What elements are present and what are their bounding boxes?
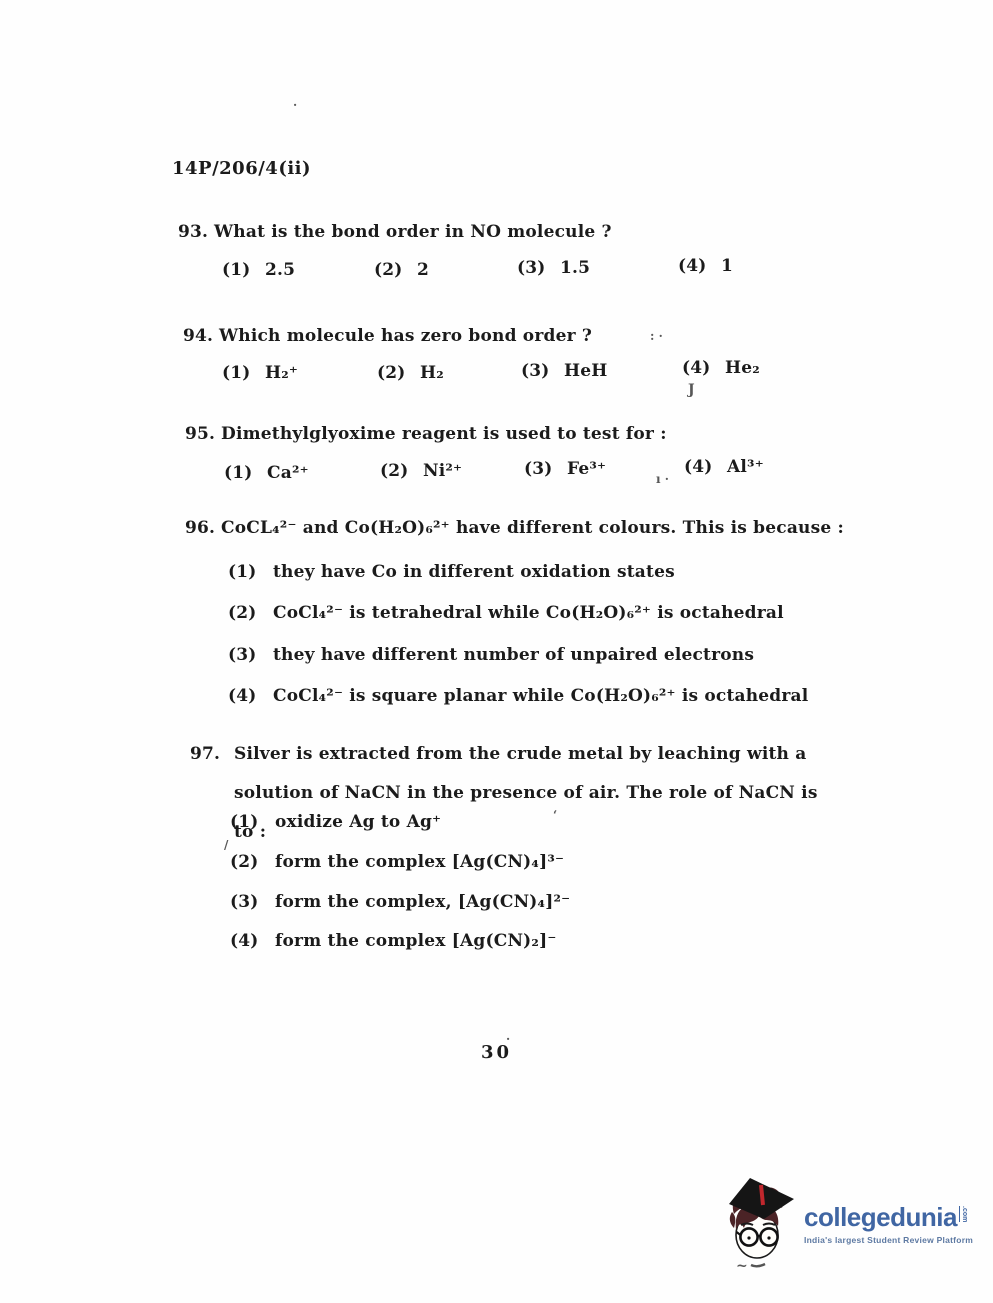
option-value: CoCl₄²⁻ is square planar while Co(H₂O)₆²… [273, 686, 808, 706]
option-value: CoCl₄²⁻ is tetrahedral while Co(H₂O)₆²⁺ … [273, 603, 784, 623]
option-label: (4) [682, 358, 712, 378]
option-97-2: (2)form the complex [Ag(CN)₄]³⁻ [230, 852, 564, 872]
scan-artifact: / [224, 838, 228, 852]
question-94: 94.Which molecule has zero bond order ? [183, 326, 592, 346]
option-label: (2) [380, 461, 410, 481]
collegedunia-mascot-icon [724, 1178, 798, 1272]
option-value: 2.5 [265, 260, 295, 280]
option-label: (3) [517, 258, 547, 278]
option-label: (4) [678, 256, 708, 276]
option-value: form the complex [Ag(CN)₄]³⁻ [275, 852, 564, 872]
question-93: 93.What is the bond order in NO molecule… [178, 222, 612, 242]
option-96-1: (1)they have Co in different oxidation s… [228, 562, 675, 582]
option-value: 1 [721, 256, 733, 276]
option-93-4: (4)1 [678, 256, 733, 276]
option-value: Al³⁺ [727, 457, 764, 477]
question-text: What is the bond order in NO molecule ? [214, 222, 612, 242]
option-label: (1) [222, 363, 252, 383]
question-97: 97. Silver is extracted from the crude m… [190, 735, 840, 852]
option-label: (3) [524, 459, 554, 479]
logo-text: collegedunia .com India's largest Studen… [804, 1178, 973, 1245]
option-label: (2) [377, 363, 407, 383]
question-text: Silver is extracted from the crude metal… [190, 735, 840, 852]
option-93-2: (2)2 [374, 260, 429, 280]
option-96-2: (2)CoCl₄²⁻ is tetrahedral while Co(H₂O)₆… [228, 603, 784, 623]
option-value: they have Co in different oxidation stat… [273, 562, 675, 582]
option-value: form the complex, [Ag(CN)₄]²⁻ [275, 892, 570, 912]
question-number: 93. [178, 222, 214, 242]
scan-artifact: ‘ [553, 808, 557, 822]
option-label: (4) [230, 931, 260, 951]
option-label: (2) [228, 603, 258, 623]
scan-artifact: : · [650, 329, 663, 343]
option-label: (3) [228, 645, 258, 665]
option-96-4: (4)CoCl₄²⁻ is square planar while Co(H₂O… [228, 686, 808, 706]
option-value: they have different number of unpaired e… [273, 645, 754, 665]
option-label: (1) [224, 463, 254, 483]
question-text: Which molecule has zero bond order ? [219, 326, 592, 346]
scan-artifact: · [506, 1032, 510, 1046]
paper-code: 14P/206/4(ii) [172, 158, 311, 179]
option-label: (2) [230, 852, 260, 872]
option-label: (1) [228, 562, 258, 582]
option-95-4: (4)Al³⁺ [684, 457, 764, 477]
scan-artifact: · [293, 98, 297, 112]
option-95-2: (2)Ni²⁺ [380, 461, 462, 481]
option-94-1: (1)H₂⁺ [222, 363, 298, 383]
question-number: 96. [185, 518, 221, 538]
question-number: 95. [185, 424, 221, 444]
exam-page: 14P/206/4(ii) 93.What is the bond order … [0, 0, 993, 1303]
question-text: Dimethylglyoxime reagent is used to test… [221, 424, 667, 444]
brand-tld: .com [959, 1206, 968, 1222]
option-value: HeH [564, 361, 608, 381]
option-label: (1) [222, 260, 252, 280]
option-label: (3) [230, 892, 260, 912]
option-label: (2) [374, 260, 404, 280]
option-93-1: (1)2.5 [222, 260, 295, 280]
option-97-3: (3)form the complex, [Ag(CN)₄]²⁻ [230, 892, 570, 912]
question-96: 96.CoCL₄²⁻ and Co(H₂O)₆²⁺ have different… [185, 518, 844, 538]
scan-artifact: ı · [656, 472, 669, 486]
option-94-3: (3)HeH [521, 361, 608, 381]
question-95: 95.Dimethylglyoxime reagent is used to t… [185, 424, 667, 444]
question-text: CoCL₄²⁻ and Co(H₂O)₆²⁺ have different co… [221, 518, 844, 538]
question-number: 94. [183, 326, 219, 346]
option-value: form the complex [Ag(CN)₂]⁻ [275, 931, 557, 951]
option-97-4: (4)form the complex [Ag(CN)₂]⁻ [230, 931, 557, 951]
option-value: Ni²⁺ [423, 461, 462, 481]
option-label: (4) [228, 686, 258, 706]
option-96-3: (3)they have different number of unpaire… [228, 645, 754, 665]
option-label: (4) [684, 457, 714, 477]
brand-name: collegedunia [804, 1204, 957, 1230]
logo-tagline: India's largest Student Review Platform [804, 1235, 973, 1245]
option-label: (3) [521, 361, 551, 381]
collegedunia-logo: collegedunia .com India's largest Studen… [724, 1178, 974, 1272]
scan-artifact: J [688, 382, 695, 398]
option-94-2: (2)H₂ [377, 363, 444, 383]
option-93-3: (3)1.5 [517, 258, 590, 278]
question-number: 97. [190, 735, 220, 774]
option-95-3: (3)Fe³⁺ [524, 459, 606, 479]
option-value: Ca²⁺ [267, 463, 309, 483]
option-value: oxidize Ag to Ag⁺ [275, 812, 441, 832]
option-97-1: (1)oxidize Ag to Ag⁺ [230, 812, 441, 832]
option-value: 2 [417, 260, 429, 280]
option-value: He₂ [725, 358, 760, 378]
option-value: 1.5 [560, 258, 590, 278]
option-value: H₂⁺ [265, 363, 298, 383]
page-number: 30 [0, 1042, 993, 1063]
option-value: Fe³⁺ [567, 459, 606, 479]
option-value: H₂ [420, 363, 444, 383]
option-label: (1) [230, 812, 260, 832]
option-95-1: (1)Ca²⁺ [224, 463, 309, 483]
option-94-4: (4)He₂ [682, 358, 760, 378]
